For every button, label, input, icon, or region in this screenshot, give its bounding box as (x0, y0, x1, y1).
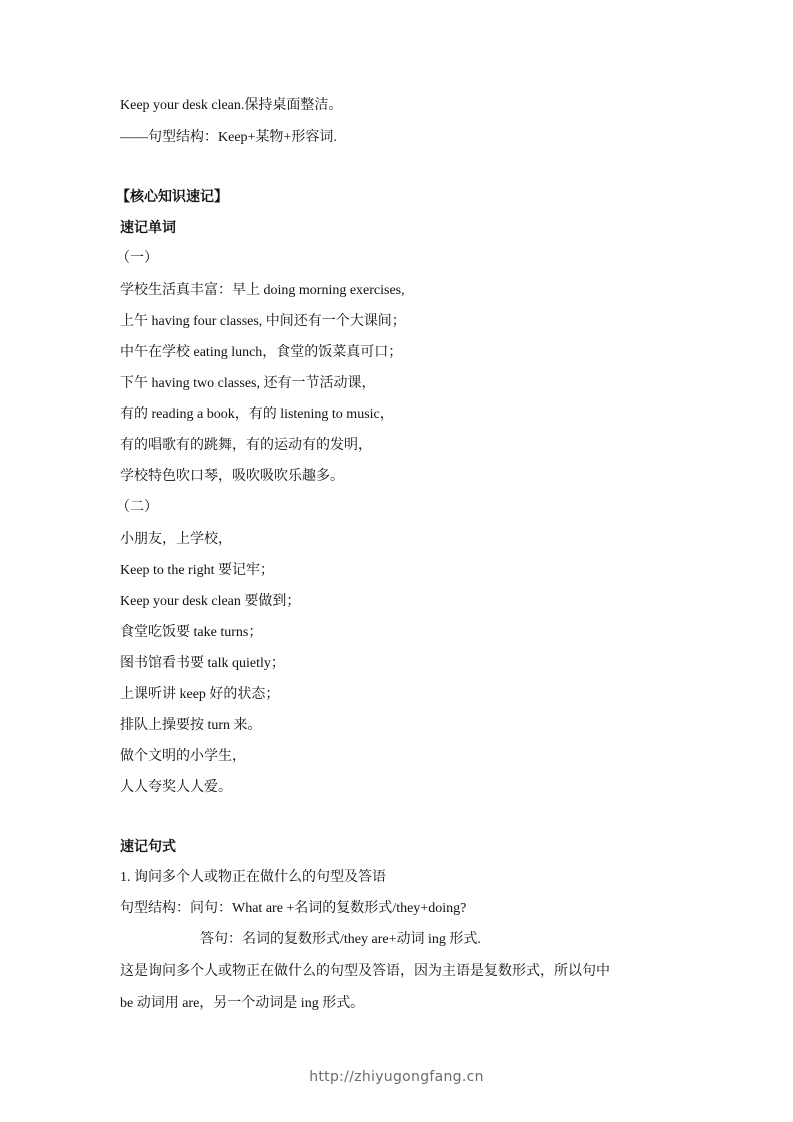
rhyme-line: 有的唱歌有的跳舞，有的运动有的发明， (120, 436, 372, 456)
rhyme-line: 人人夸奖人人爱。 (120, 778, 232, 798)
intro-sentence: Keep your desk clean.保持桌面整洁。 (120, 96, 342, 116)
intro-structure: ——句型结构：Keep+某物+形容词. (120, 128, 337, 148)
rhyme-line: Keep your desk clean 要做到； (120, 592, 300, 612)
core-section-heading: 【核心知识速记】 (116, 187, 228, 207)
explanation-line: 这是询问多个人或物正在做什么的句型及答语，因为主语是复数形式，所以句中 (120, 962, 610, 982)
footer-url: http://zhiyugongfang.cn (0, 1069, 793, 1085)
rhyme-line: 排队上操要按 turn 来。 (120, 716, 262, 736)
rhyme-line: 下午 having two classes, 还有一节活动课， (120, 374, 375, 394)
rhyme-line: 图书馆看书要 talk quietly； (120, 654, 285, 674)
rhyme-line: 学校特色吹口琴，吸吹吸吹乐趣多。 (120, 467, 344, 487)
vocab-heading: 速记单词 (120, 218, 176, 238)
rhyme-line: 有的 reading a book，有的 listening to music， (120, 405, 394, 425)
rhyme-line: Keep to the right 要记牢； (120, 561, 274, 581)
rhyme-line: 食堂吃饭要 take turns； (120, 623, 262, 643)
rhyme-line: 小朋友，上学校， (120, 530, 232, 550)
rhyme-line: 上午 having four classes, 中间还有一个大课间； (120, 312, 406, 332)
structure-question: 句型结构：问句：What are +名词的复数形式/they+doing? (120, 899, 466, 919)
rhyme-line: 中午在学校 eating lunch，食堂的饭菜真可口； (120, 343, 402, 363)
sentences-heading: 速记句式 (120, 837, 176, 857)
part1-label: （一） (116, 249, 158, 269)
sentence-item-title: 1. 询问多个人或物正在做什么的句型及答语 (120, 868, 386, 888)
rhyme-line: 学校生活真丰富：早上 doing morning exercises, (120, 281, 405, 301)
rhyme-line: 上课听讲 keep 好的状态； (120, 685, 279, 705)
rhyme-line: 做个文明的小学生， (120, 747, 246, 767)
part2-label: （二） (116, 498, 158, 518)
explanation-line: be 动词用 are，另一个动词是 ing 形式。 (120, 994, 364, 1014)
structure-answer: 答句：名词的复数形式/they are+动词 ing 形式. (200, 930, 481, 950)
